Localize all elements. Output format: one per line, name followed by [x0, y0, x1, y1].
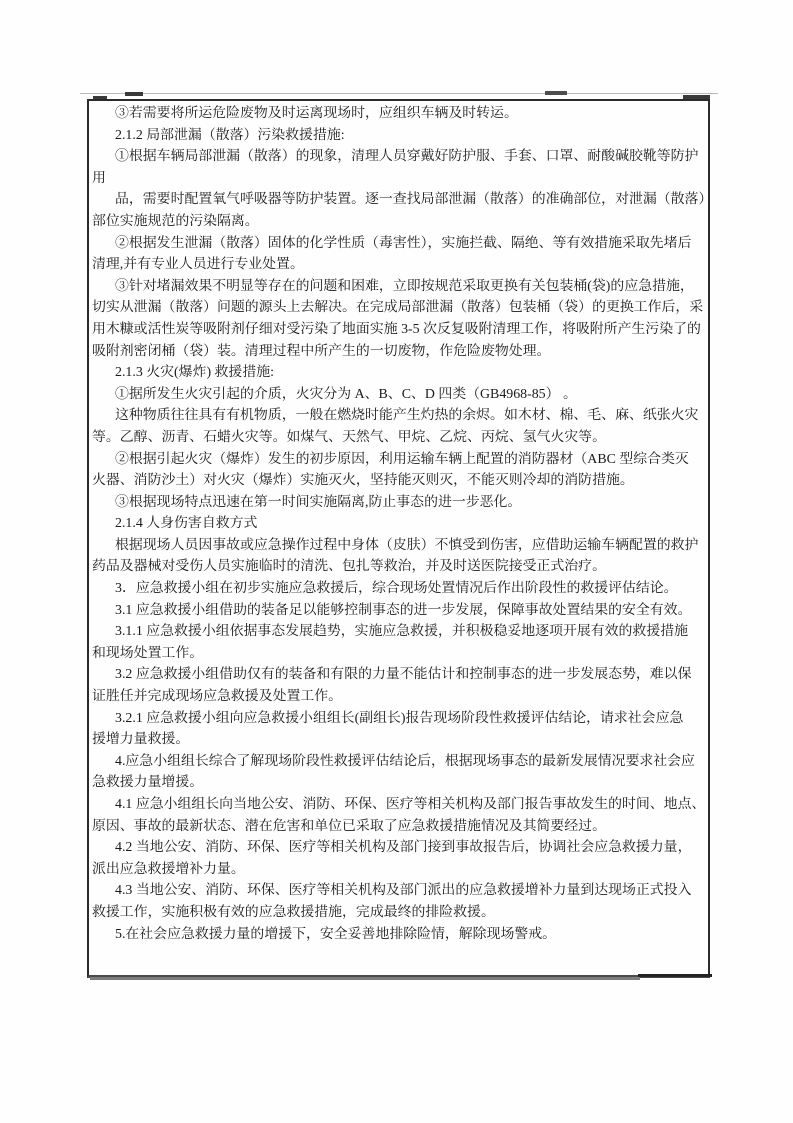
scan-mark-top-rule [80, 93, 718, 94]
scan-mark-tick [545, 91, 567, 95]
text-line: 2.1.2 局部泄漏（散落）污染救援措施: [92, 125, 706, 147]
text-line: ②根据引起火灾（爆炸）发生的初步原因，利用运输车辆上配置的消防器材（ABC 型综… [92, 449, 706, 471]
scan-mark-bottom-rule [638, 974, 712, 977]
text-line: 切实从泄漏（散落）问题的源头上去解决。在完成局部泄漏（散落）包装桶（袋）的更换工… [92, 297, 706, 319]
text-line: 4.2 当地公安、消防、环保、医疗等相关机构及部门接到事故报告后，协调社会应急救… [92, 837, 706, 859]
document-text: ③若需要将所运危险废物及时运离现场时，应组织车辆及时转运。2.1.2 局部泄漏（… [92, 103, 706, 973]
text-line: 原因、事故的最新状态、潜在危害和单位已采取了应急救援措施情况及其简要经过。 [92, 816, 706, 838]
text-line: 用木糠或活性炭等吸附剂仔细对受污染了地面实施 3-5 次反复吸附清理工作，将吸附… [92, 319, 706, 341]
text-line: 4.应急小组组长综合了解现场阶段性救援评估结论后，根据现场事态的最新发展情况要求… [92, 751, 706, 773]
text-line: 3.1.1 应急救援小组依据事态发展趋势，实施应急救援，并积极稳妥地逐项开展有效… [92, 621, 706, 643]
text-line: 3.1 应急救援小组借助的装备足以能够控制事态的进一步发展，保障事故处置结果的安… [92, 600, 706, 622]
text-line: 根据现场人员因事故或应急操作过程中身体（皮肤）不慎受到伤害，应借助运输车辆配置的… [92, 535, 706, 557]
scanned-document-page: ③若需要将所运危险废物及时运离现场时，应组织车辆及时转运。2.1.2 局部泄漏（… [0, 0, 793, 1123]
text-line: 3.2.1 应急救援小组向应急救援小组组长(副组长)报告现场阶段性救援评估结论，… [92, 708, 706, 730]
scan-mark-tick [125, 92, 143, 96]
text-line: ①据所发生火灾引起的介质，火灾分为 A、B、C、D 四类（GB4968-85） … [92, 384, 706, 406]
text-line: 部位实施规范的污染隔离。 [92, 211, 706, 233]
text-line: ③若需要将所运危险废物及时运离现场时，应组织车辆及时转运。 [92, 103, 706, 125]
text-line: ③针对堵漏效果不明显等存在的问题和困难，立即按规范采取更换有关包装桶(袋)的应急… [92, 276, 706, 298]
text-line: 清理,并有专业人员进行专业处置。 [92, 254, 706, 276]
text-line: 药品及器械对受伤人员实施临时的清洗、包扎等救治，并及时送医院接受正式治疗。 [92, 556, 706, 578]
text-line: 用 [92, 168, 706, 190]
text-line: ③根据现场特点迅速在第一时间实施隔离,防止事态的进一步恶化。 [92, 492, 706, 514]
text-line: 援增力量救援。 [92, 729, 706, 751]
text-line: 4.3 当地公安、消防、环保、医疗等相关机构及部门派出的应急救援增补力量到达现场… [92, 880, 706, 902]
text-line: 救援工作，实施积极有效的应急救援措施，完成最终的排险救援。 [92, 902, 706, 924]
text-line: 2.1.3 火灾(爆炸) 救援措施: [92, 362, 706, 384]
text-line: 3.2 应急救援小组借助仅有的装备和有限的力量不能估计和控制事态的进一步发展态势… [92, 664, 706, 686]
document-table-cell-border: ③若需要将所运危险废物及时运离现场时，应组织车辆及时转运。2.1.2 局部泄漏（… [87, 99, 710, 978]
text-line: 证胜任并完成现场应急救援及处置工作。 [92, 686, 706, 708]
text-line: 4.1 应急小组组长向当地公安、消防、环保、医疗等相关机构及部门报告事故发生的时… [92, 794, 706, 816]
text-line: 派出应急救援增补力量。 [92, 859, 706, 881]
text-line: ②根据发生泄漏（散落）固体的化学性质（毒害性），实施拦截、隔绝、等有效措施采取先… [92, 233, 706, 255]
text-line: 火器、消防沙土）对火灾（爆炸）实施灭火，坚持能灭则灭，不能灭则冷却的消防措施。 [92, 470, 706, 492]
text-line: 品，需要时配置氧气呼吸器等防护装置。逐一查找局部泄漏（散落）的准确部位，对泄漏（… [92, 189, 706, 211]
text-line: 急救援力量增援。 [92, 772, 706, 794]
scan-mark-bottom-rule [90, 977, 640, 980]
text-line: 2.1.4 人身伤害自救方式 [92, 513, 706, 535]
text-line: 吸附剂密闭桶（袋）装。清理过程中所产生的一切废物，作危险废物处理。 [92, 341, 706, 363]
text-line: 和现场处置工作。 [92, 643, 706, 665]
text-line: 3．应急救援小组在初步实施应急救援后，综合现场处置情况后作出阶段性的救援评估结论… [92, 578, 706, 600]
text-line: 等。乙醇、沥青、石蜡火灾等。如煤气、天然气、甲烷、乙烷、丙烷、氢气火灾等。 [92, 427, 706, 449]
text-line: ①根据车辆局部泄漏（散落）的现象，清理人员穿戴好防护服、手套、口罩、耐酸碱胶靴等… [92, 146, 706, 168]
text-line: 这种物质往往具有有机物质，一般在燃烧时能产生灼热的余烬。如木材、棉、毛、麻、纸张… [92, 405, 706, 427]
text-line: 5.在社会应急救援力量的增援下，安全妥善地排除险情，解除现场警戒。 [92, 924, 706, 946]
